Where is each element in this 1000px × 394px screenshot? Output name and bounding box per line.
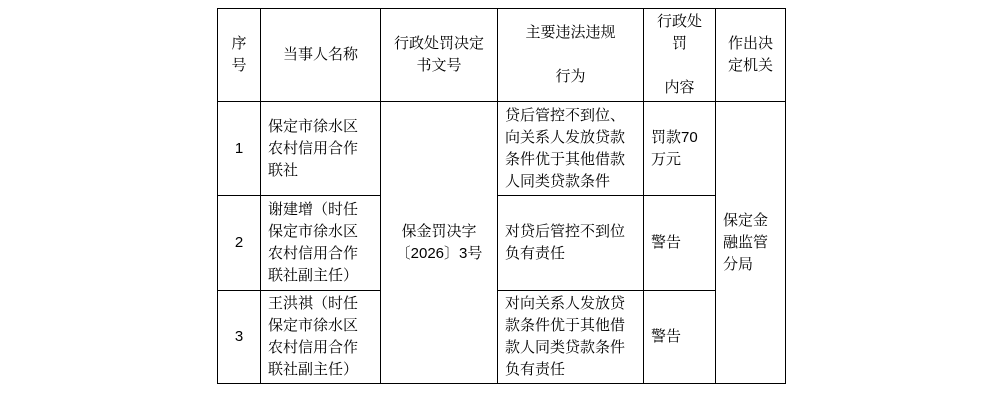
table-header-row: 序 号 当事人名称 行政处罚决定 书文号 主要违法违规 行为 行政处 罚 内容 … bbox=[218, 9, 786, 102]
row2-serial: 2 bbox=[218, 196, 261, 291]
row1-serial: 1 bbox=[218, 102, 261, 196]
table-row: 2 谢建增（时任 保定市徐水区 农村信用合作 联社副主任） 对贷后管控不到位 负… bbox=[218, 196, 786, 291]
merged-doc-number: 保金罚决字 〔2026〕3号 bbox=[381, 102, 498, 384]
col-header-penalty: 行政处 罚 内容 bbox=[644, 9, 716, 102]
page-background: 序 号 当事人名称 行政处罚决定 书文号 主要违法违规 行为 行政处 罚 内容 … bbox=[0, 0, 1000, 394]
row3-violation: 对向关系人发放贷 款条件优于其他借 款人同类贷款条件 负有责任 bbox=[498, 291, 644, 384]
row2-penalty: 警告 bbox=[644, 196, 716, 291]
row2-violation: 对贷后管控不到位 负有责任 bbox=[498, 196, 644, 291]
col-header-violation: 主要违法违规 行为 bbox=[498, 9, 644, 102]
row3-party: 王洪祺（时任 保定市徐水区 农村信用合作 联社副主任） bbox=[261, 291, 381, 384]
row1-penalty: 罚款70 万元 bbox=[644, 102, 716, 196]
row1-party: 保定市徐水区 农村信用合作 联社 bbox=[261, 102, 381, 196]
col-header-serial: 序 号 bbox=[218, 9, 261, 102]
col-header-doc-no: 行政处罚决定 书文号 bbox=[381, 9, 498, 102]
table-row: 1 保定市徐水区 农村信用合作 联社 保金罚决字 〔2026〕3号 贷后管控不到… bbox=[218, 102, 786, 196]
row3-serial: 3 bbox=[218, 291, 261, 384]
penalty-table: 序 号 当事人名称 行政处罚决定 书文号 主要违法违规 行为 行政处 罚 内容 … bbox=[217, 8, 786, 384]
row2-party: 谢建增（时任 保定市徐水区 农村信用合作 联社副主任） bbox=[261, 196, 381, 291]
table-row: 3 王洪祺（时任 保定市徐水区 农村信用合作 联社副主任） 对向关系人发放贷 款… bbox=[218, 291, 786, 384]
row1-violation: 贷后管控不到位、 向关系人发放贷款 条件优于其他借款 人同类贷款条件 bbox=[498, 102, 644, 196]
merged-authority: 保定金 融监管 分局 bbox=[716, 102, 786, 384]
col-header-party: 当事人名称 bbox=[261, 9, 381, 102]
row3-penalty: 警告 bbox=[644, 291, 716, 384]
col-header-authority: 作出决 定机关 bbox=[716, 9, 786, 102]
